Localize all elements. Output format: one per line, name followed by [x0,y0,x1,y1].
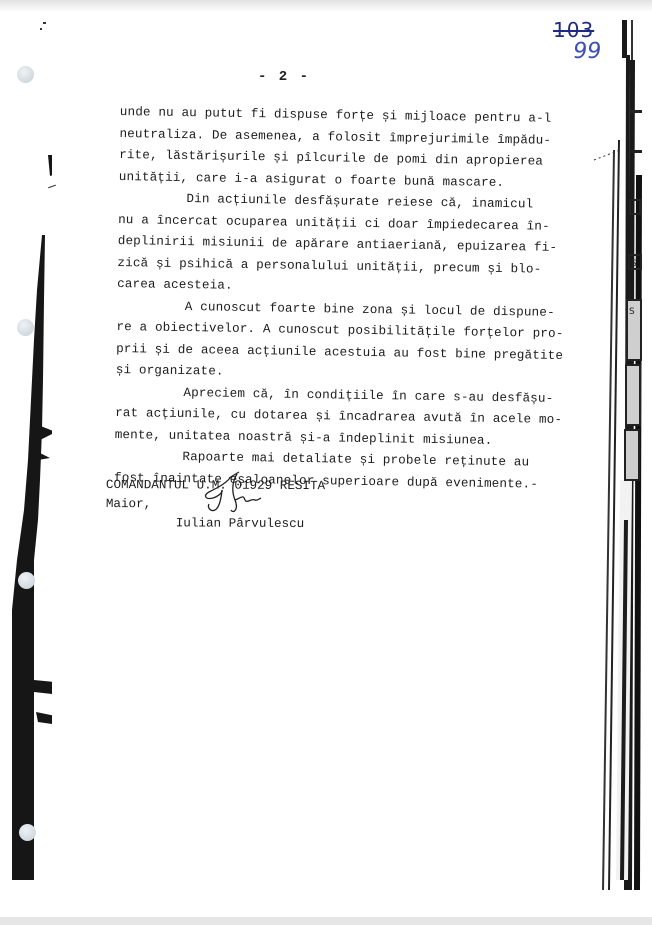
archive-page-number: 103 99 [553,20,613,64]
speck [43,22,46,24]
bottom-bar [0,917,652,925]
document-body: unde nu au putut fi dispuse forțe și mij… [114,102,570,496]
svg-text:S: S [629,307,635,317]
current-page-number: 99 [571,40,614,64]
paragraph: unde nu au putut fi dispuse forțe și mij… [119,102,570,195]
punch-hole-4 [19,824,36,841]
right-copy-edge: S S [580,0,652,890]
struck-page-number: 103 [553,20,613,40]
left-copy-edge [12,0,52,880]
handwritten-signature [195,470,275,520]
punch-hole-2 [17,319,34,336]
paragraph: A cunoscut foarte bine zona și locul de … [116,295,567,388]
svg-text:S: S [631,259,637,269]
scanned-document-page: S S 103 99 - 2 - unde nu au putut fi dis… [0,0,652,917]
paragraph: Apreciem că, în condițiile în care s-au … [115,381,566,453]
punch-hole-1 [17,66,34,83]
punch-hole-3 [18,572,35,589]
page-number: - 2 - [258,69,310,85]
paragraph: Din acțiunile desfășurate reiese că, ina… [117,188,569,303]
speck [40,28,42,30]
